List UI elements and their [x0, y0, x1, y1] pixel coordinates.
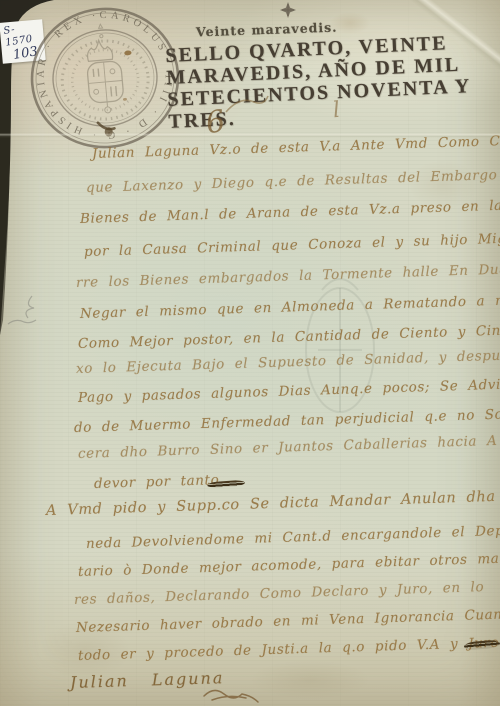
paper-stain — [330, 12, 370, 34]
manuscript-line: A Vmd pido y Supp.co Se dicta Mandar Anu… — [46, 488, 500, 519]
paper-fold — [0, 133, 500, 138]
maltese-cross-icon — [280, 2, 296, 18]
paper-stain — [40, 620, 130, 680]
manuscript-line: devor por tanto — [94, 472, 220, 492]
manuscript-line: todo er y procedo de Justi.a la q.o pido… — [78, 635, 500, 664]
manuscript-line: tario ò Donde mejor acomode, para ebitar… — [78, 551, 500, 580]
manuscript-page: S-1570 103 CAROLUS · IIII · D · G · HISP… — [0, 0, 500, 706]
paper-stain — [250, 660, 370, 700]
handstamp-veinte-maravedis: Veinte maravedis. — [196, 21, 338, 40]
paper-stain — [408, 160, 478, 210]
manuscript-line: neda Devolviendome mi Cant.d encargandol… — [86, 523, 500, 552]
tres-flourish — [222, 92, 272, 118]
margin-pencil-mark — [2, 292, 48, 338]
manuscript-line: Nezesario haver obrado en mi Vena Ignora… — [76, 606, 500, 636]
manuscript-line: res daños, Declarando Como Declaro y Jur… — [74, 579, 485, 608]
